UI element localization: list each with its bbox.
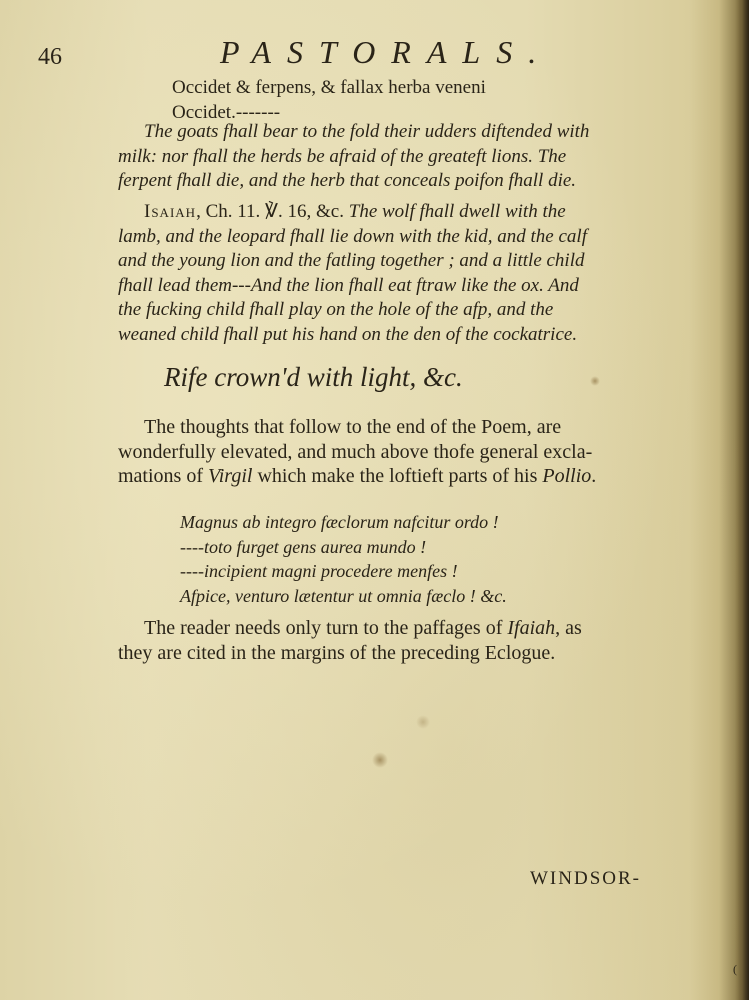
paragraph-poem-thoughts: The thoughts that follow to the end of t… (118, 416, 596, 490)
paragraph-line: The reader needs only turn to the paffag… (118, 617, 582, 642)
isaiah-block: Isaiah, Ch. 11. ℣. 16, &c. The wolf fhal… (118, 200, 587, 347)
corner-mark: ( (733, 962, 737, 977)
page-number: 46 (38, 44, 62, 71)
paragraph-line: wonderfully elevated, and much above tho… (118, 441, 596, 466)
foxing-spot (416, 715, 430, 729)
isaiah-line: and the young lion and the fatling toget… (118, 249, 587, 274)
book-page: 46 PASTORALS. Occidet & ferpens, & falla… (0, 0, 749, 1000)
translation-block: The goats fhall bear to the fold their u… (144, 120, 589, 194)
section-heading: Rife crown'd with light, &c. (164, 362, 463, 393)
book-gutter-shadow (735, 0, 749, 1000)
isaiah-line: the fucking child fhall play on the hole… (118, 298, 587, 323)
translation-line: ferpent fhall die, and the herb that con… (118, 169, 589, 194)
isaiah-line: lamb, and the leopard fhall lie down wit… (118, 225, 587, 250)
translation-line: The goats fhall bear to the fold their u… (144, 120, 589, 145)
paragraph-line: mations of Virgil which make the loftief… (118, 465, 596, 490)
paragraph-text: , as (555, 617, 582, 639)
foxing-spot (590, 376, 600, 386)
paragraph-text: mations of (118, 465, 208, 487)
pollio-name: Pollio (542, 465, 591, 487)
isaiah-line: fhall lead them---And the lion fhall eat… (118, 274, 587, 299)
verse-line: ----toto furget gens aurea mundo ! (180, 535, 507, 560)
verse-line: ----incipient magni procedere menfes ! (180, 559, 507, 584)
verse-line: Afpice, venturo lætentur ut omnia fæclo … (180, 584, 507, 609)
running-head: PASTORALS. (220, 34, 552, 71)
paragraph-line: The thoughts that follow to the end of t… (118, 416, 596, 441)
isaiah-name: Ifaiah (507, 617, 555, 639)
catchword: WINDSOR- (530, 868, 641, 890)
virgil-verse: Magnus ab integro fæclorum nafcitur ordo… (180, 510, 507, 608)
translation-line: milk: nor fhall the herds be afraid of t… (118, 145, 589, 170)
paragraph-text: The reader needs only turn to the paffag… (144, 617, 507, 639)
virgil-name: Virgil (208, 465, 252, 487)
isaiah-reference-name: Isaiah (144, 201, 196, 222)
paragraph-text: . (591, 465, 596, 487)
paragraph-text: which make the loftieft parts of his (252, 465, 542, 487)
paragraph-line: they are cited in the margins of the pre… (118, 642, 582, 667)
paragraph-reader: The reader needs only turn to the paffag… (118, 617, 582, 666)
latin-quote: Occidet & ferpens, & fallax herba veneni… (172, 76, 486, 125)
isaiah-line: weaned child fhall put his hand on the d… (118, 323, 587, 348)
foxing-spot (372, 752, 388, 768)
isaiah-text: The wolf fhall dwell with the (349, 201, 566, 222)
verse-line: Magnus ab integro fæclorum nafcitur ordo… (180, 510, 507, 535)
isaiah-line: Isaiah, Ch. 11. ℣. 16, &c. The wolf fhal… (118, 200, 587, 225)
latin-quote-line: Occidet & ferpens, & fallax herba veneni (172, 76, 486, 101)
isaiah-reference: , Ch. 11. ℣. 16, &c. (196, 201, 344, 222)
